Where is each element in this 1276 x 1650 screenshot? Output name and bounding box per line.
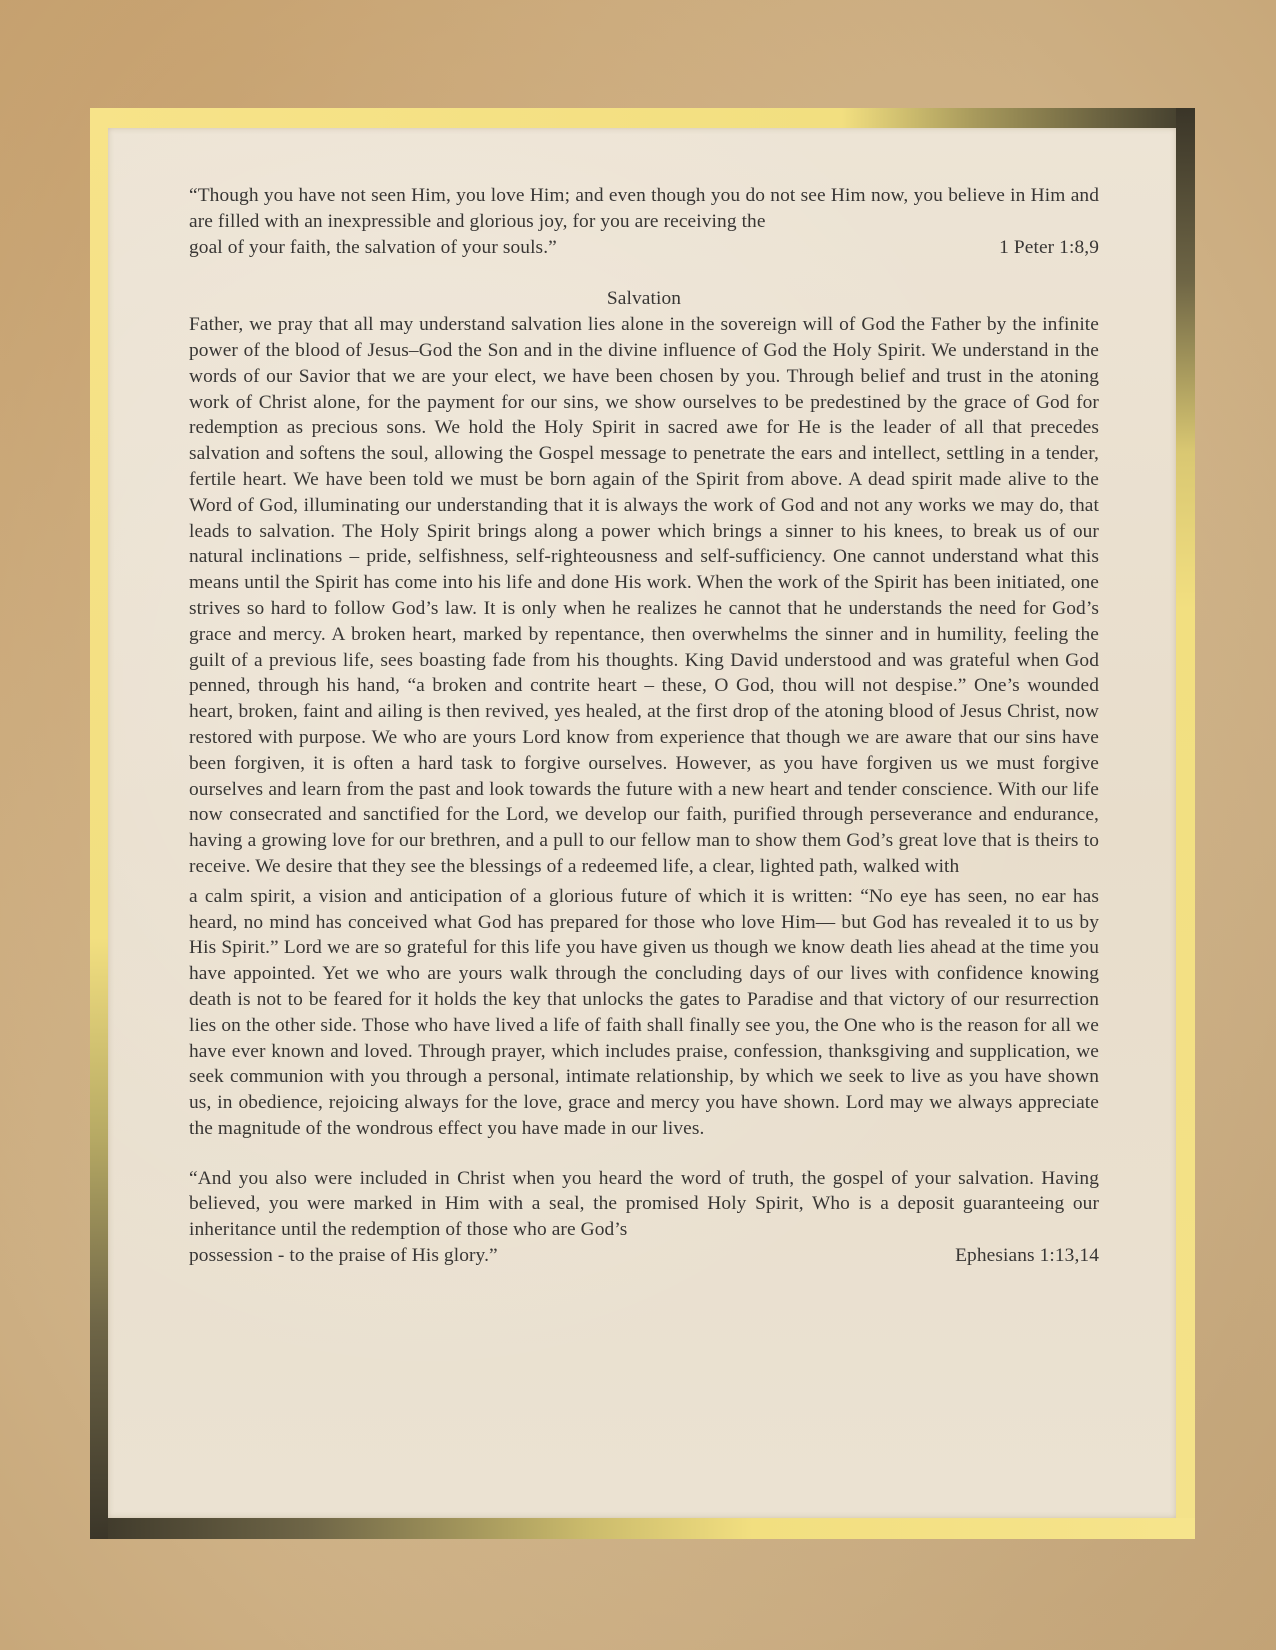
closing-scripture-quote: “And you also were included in Christ wh… xyxy=(189,1166,1099,1269)
opening-quote-text: “Though you have not seen Him, you love … xyxy=(189,185,1099,232)
closing-quote-reference: Ephesians 1:13,14 xyxy=(955,1243,1099,1269)
opening-quote-reference: 1 Peter 1:8,9 xyxy=(999,235,1099,261)
frame-border-left xyxy=(90,108,108,1539)
opening-quote-last-line: goal of your faith, the salvation of you… xyxy=(189,235,1099,261)
document-content: “Though you have not seen Him, you love … xyxy=(189,183,1099,1269)
frame-border-bottom xyxy=(90,1518,1195,1539)
opening-scripture-quote: “Though you have not seen Him, you love … xyxy=(189,183,1099,260)
prayer-body-continued: a calm spirit, a vision and anticipation… xyxy=(189,884,1099,1142)
closing-quote-end: possession - to the praise of His glory.… xyxy=(189,1243,498,1269)
frame-border-top xyxy=(90,108,1195,128)
frame-border-right xyxy=(1176,108,1195,1539)
opening-quote-end: goal of your faith, the salvation of you… xyxy=(189,235,557,261)
closing-quote-text: “And you also were included in Christ wh… xyxy=(189,1168,1099,1241)
closing-quote-last-line: possession - to the praise of His glory.… xyxy=(189,1243,1099,1269)
document-title: Salvation xyxy=(189,286,1099,312)
prayer-body: Father, we pray that all may understand … xyxy=(189,312,1099,880)
